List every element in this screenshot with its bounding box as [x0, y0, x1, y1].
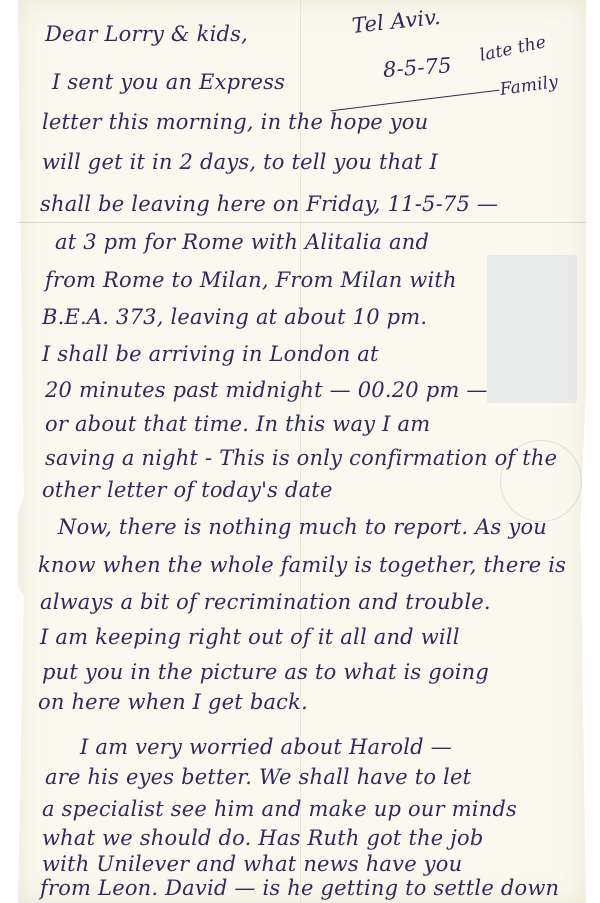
letter-line: on here when I get back. [38, 690, 308, 714]
letter-line: I shall be arriving in London at [42, 342, 379, 366]
letter-line: at 3 pm for Rome with Alitalia and [55, 230, 429, 254]
letter-line: a specialist see him and make up our min… [42, 797, 517, 821]
letter-line: will get it in 2 days, to tell you that … [42, 150, 438, 174]
letter-line: or about that time. In this way I am [45, 412, 430, 436]
letter-line: I sent you an Express [52, 70, 285, 94]
letter-line: saving a night - This is only confirmati… [45, 446, 557, 470]
letter-line: with Unilever and what news have you [42, 852, 462, 876]
letter-line: shall be leaving here on Friday, 11-5-75… [40, 192, 498, 216]
letter-line: put you in the picture as to what is goi… [42, 660, 489, 684]
letter-line: other letter of today's date [42, 478, 333, 502]
letter-line: are his eyes better. We shall have to le… [45, 765, 471, 789]
letter-line: I am keeping right out of it all and wil… [40, 625, 460, 649]
letter-line: know when the whole family is together, … [38, 553, 566, 577]
letter-line: I am very worried about Harold — [80, 735, 452, 759]
letter-line: always a bit of recrimination and troubl… [40, 590, 491, 614]
letter-line: Now, there is nothing much to report. As… [58, 515, 547, 539]
paper-fold-horizontal [18, 222, 586, 223]
letter-line: 20 minutes past midnight — 00.20 pm — [45, 378, 488, 402]
postage-stamp-showthrough [487, 255, 577, 403]
letter-line: letter this morning, in the hope you [42, 110, 428, 134]
salutation: Dear Lorry & kids, [45, 22, 248, 46]
letter-line: from Leon. David — is he getting to sett… [40, 876, 559, 900]
header-date: 8-5-75 [382, 53, 452, 82]
letter-line: what we should do. Has Ruth got the job [42, 826, 484, 850]
letter-line: B.E.A. 373, leaving at about 10 pm. [42, 305, 427, 329]
letter-line: from Rome to Milan, From Milan with [45, 268, 457, 292]
